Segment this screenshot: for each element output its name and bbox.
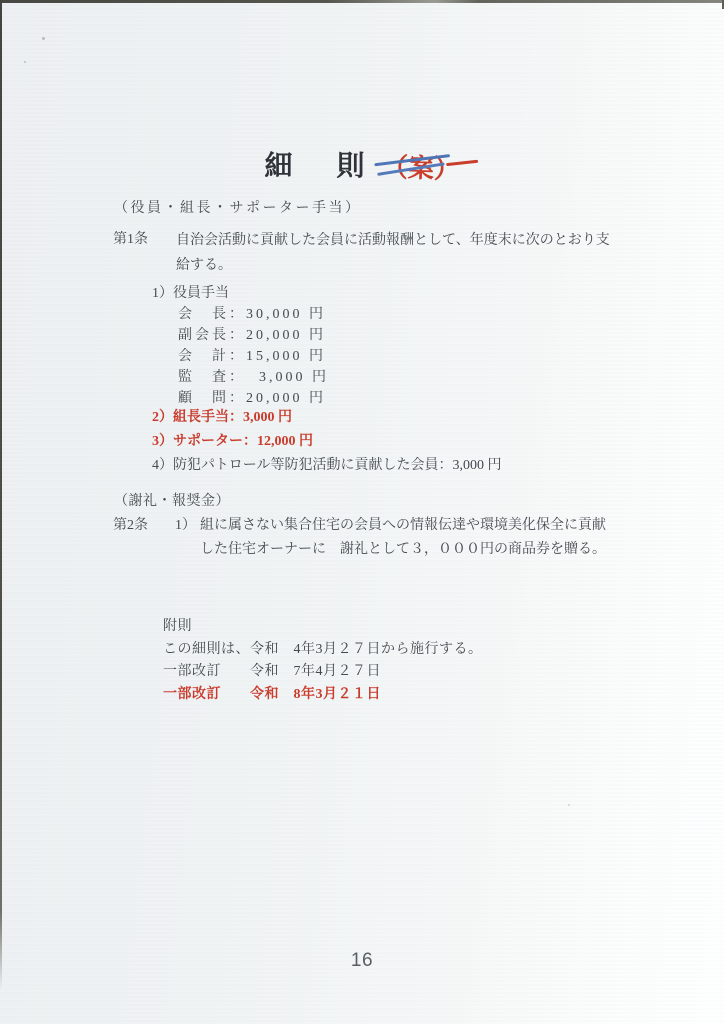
scan-speckle xyxy=(42,37,45,40)
section-heading-rewards: （謝礼・報奨金） xyxy=(114,490,230,510)
appendix-revision-line-red: 一部改訂 令和 8年3月２１日 xyxy=(163,684,483,707)
item-2-group-leader-allowance: 2）組長手当：3,000 円 xyxy=(152,406,292,426)
scan-speckle xyxy=(568,804,570,806)
article-1-body: 自治会活動に貢献した会員に活動報酬として、年度末に次のとおり支 給する。 xyxy=(176,228,610,278)
item-1-officer-allowance-heading: 1）役員手当 xyxy=(152,282,229,302)
article-1-label: 第1条 xyxy=(113,228,176,248)
allowance-row-vice-chairman: 副会長：20,000 円 xyxy=(178,325,329,346)
appendix-block: 附則 この細則は、令和 4年3月２７日から施行する。 一部改訂 令和 7年4月２… xyxy=(163,616,483,706)
article-2-item-label: 1） xyxy=(175,514,200,534)
officer-allowance-list: 会 長：30,000 円 副会長：20,000 円 会 計：15,000 円 監… xyxy=(178,304,329,409)
article-1-body-line: 給する。 xyxy=(176,253,610,278)
article-2-body: 組に属さない集合住宅の会員への情報伝達や環境美化保全に貢献 した住宅オーナーに … xyxy=(200,514,606,562)
article-2-body-line: した住宅オーナーに 謝礼として３，０００円の商品券を贈る。 xyxy=(200,538,606,562)
document-title-row: 細 則 （案） xyxy=(0,144,724,185)
scan-speckle xyxy=(24,61,26,63)
article-1-body-line: 自治会活動に貢献した会員に活動報酬として、年度末に次のとおり支 xyxy=(176,228,610,253)
article-1: 第1条 自治会活動に貢献した会員に活動報酬として、年度末に次のとおり支 給する。 xyxy=(113,228,610,278)
appendix-revision-line: 一部改訂 令和 7年4月２７日 xyxy=(163,661,483,684)
allowance-row-auditor: 監 査： 3,000 円 xyxy=(178,367,329,388)
appendix-heading: 附則 xyxy=(163,616,483,639)
article-2-body-line: 組に属さない集合住宅の会員への情報伝達や環境美化保全に貢献 xyxy=(200,514,606,538)
section-heading-allowances: （役員・組長・サポーター手当） xyxy=(114,197,362,217)
allowance-row-accountant: 会 計：15,000 円 xyxy=(178,346,329,367)
document-title: 細 則 xyxy=(264,144,372,184)
scanned-document-page: 細 則 （案） （役員・組長・サポーター手当） 第1条 自治会活動に貢献した会員… xyxy=(0,0,724,1024)
page-number: 16 xyxy=(0,950,724,972)
draft-label-struck-out: （案） xyxy=(381,147,460,187)
scan-edge-top xyxy=(0,0,724,3)
allowance-row-chairman: 会 長：30,000 円 xyxy=(178,304,329,325)
appendix-enacted-line: この細則は、令和 4年3月２７日から施行する。 xyxy=(163,639,483,662)
article-2-label: 第2条 xyxy=(113,514,175,534)
article-2: 第2条 1） 組に属さない集合住宅の会員への情報伝達や環境美化保全に貢献 した住… xyxy=(113,514,606,562)
item-4-patrol-allowance: 4）防犯パトロール等防犯活動に貢献した会員：3,000 円 xyxy=(152,454,501,474)
item-3-supporter-allowance: 3）サポーター：12,000 円 xyxy=(152,430,313,450)
